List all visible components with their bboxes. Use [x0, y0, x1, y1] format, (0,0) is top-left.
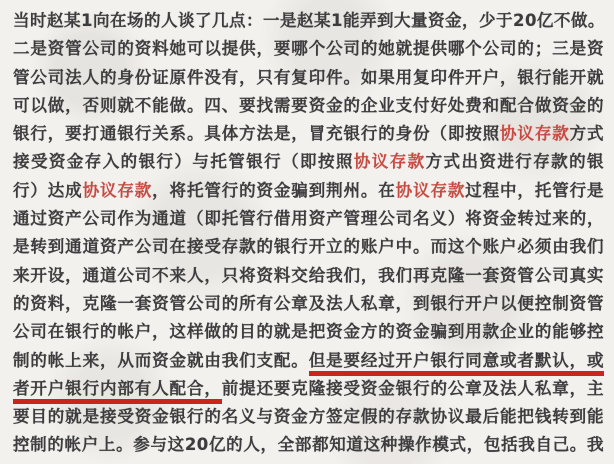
highlighted-term: 协议存款: [396, 181, 466, 200]
underlined-phrase: 但是要经过开户银行同意或者默认，或: [309, 351, 604, 376]
text-line-12: 公司在银行的帐户，这样做的目的就是把资金方的资金骗到用款企业的能够控: [13, 318, 604, 346]
text-line-11: 的资料，克隆一套资管公司的所有公章及法人私章，到银行开户以便控制资管: [13, 290, 604, 318]
text-segment: 银行，要打通银行关系。具体方法是，冒充银行的身份（即按照: [13, 124, 500, 143]
text-segment: 制的帐上来，从而资金就由我们支配。: [13, 351, 309, 370]
text-line-15: 要目的就是接受资金银行的名义与资金方签定假的存款协议最后能把钱转到能: [13, 403, 604, 431]
document-page: 当时赵某1向在场的人谈了几点：一是赵某1能弄到大量资金，少于20亿不做。二是资管…: [0, 0, 614, 464]
text-segment: ，将托管行的资金骗到荆州。在: [152, 181, 396, 200]
highlighted-term: 协议存款: [83, 181, 153, 200]
text-line-10: 来开设，通道公司不来人，只将资料交给我们，我们再克隆一套资管公司真实: [13, 262, 604, 290]
text-line-5: 银行，要打通银行关系。具体方法是，冒充银行的身份（即按照协议存款方式: [13, 120, 604, 148]
text-segment: 可以做，否则就不能做。四、要找需要资金的企业支付好处费和配合做资金的: [13, 96, 604, 115]
text-segment: 接受资金存入的银行）与托管银行（即按照: [13, 152, 354, 171]
text-line-7: 行）达成协议存款，将托管行的资金骗到荆州。在协议存款过程中，托管行是: [13, 177, 604, 205]
text-segment: 控制的帐户上。参与这20亿的人，全部都知道这种操作模式，包括我自己。我: [13, 435, 604, 454]
highlighted-term: 协议存款: [354, 152, 426, 171]
text-segment: 二是资管公司的资料她可以提供，要哪个公司的她就提供哪个公司的；三是资: [13, 39, 604, 58]
text-segment: 方式: [570, 124, 604, 143]
text-segment: 的资料，克隆一套资管公司的所有公章及法人私章，到银行开户以便控制资管: [13, 294, 604, 313]
text-segment: 公司在银行的帐户，这样做的目的就是把资金方的资金骗到用款企业的能够控: [13, 322, 604, 341]
text-line-6: 接受资金存入的银行）与托管银行（即按照协议存款方式出资进行存款的银: [13, 148, 604, 176]
text-segment: 要目的就是接受资金银行的名义与资金方签定假的存款协议最后能把钱转到能: [13, 407, 604, 426]
text-segment: 当时赵某1向在场的人谈了几点：一是赵某1能弄到大量资金，少于20亿不做。: [13, 11, 605, 30]
text-segment: 是转到通道资产公司在接受存款的银行开立的账户中。而这个账户必须由我们: [13, 237, 604, 256]
text-segment: 行）达成: [13, 181, 83, 200]
text-line-3: 管公司法人的身份证原件没有，只有复印件。如果用复印件开户，银行能开就: [13, 64, 604, 92]
highlighted-term: 协议存款: [500, 124, 570, 143]
text-line-4: 可以做，否则就不能做。四、要找需要资金的企业支付好处费和配合做资金的: [13, 92, 604, 120]
text-line-2: 二是资管公司的资料她可以提供，要哪个公司的她就提供哪个公司的；三是资: [13, 35, 604, 63]
document-text: 当时赵某1向在场的人谈了几点：一是赵某1能弄到大量资金，少于20亿不做。二是资管…: [13, 7, 604, 460]
text-line-9: 是转到通道资产公司在接受存款的银行开立的账户中。而这个账户必须由我们: [13, 233, 604, 261]
text-line-13: 制的帐上来，从而资金就由我们支配。但是要经过开户银行同意或者默认，或: [13, 347, 604, 375]
text-segment: 来开设，通道公司不来人，只将资料交给我们，我们再克隆一套资管公司真实: [13, 266, 604, 285]
text-line-14: 者开户银行内部有人配合，前提还要克隆接受资金银行的公章及法人私章，主: [13, 375, 604, 403]
text-segment: 管公司法人的身份证原件没有，只有复印件。如果用复印件开户，银行能开就: [13, 68, 604, 87]
text-line-1: 当时赵某1向在场的人谈了几点：一是赵某1能弄到大量资金，少于20亿不做。: [13, 7, 604, 35]
text-segment: 前提还要克隆接受资金银行的公章及法人私章，主: [222, 379, 604, 398]
text-line-8: 通过资产公司作为通道（即托管行借用资产管理公司名义）将资金转过来的，: [13, 205, 604, 233]
text-line-16: 控制的帐户上。参与这20亿的人，全部都知道这种操作模式，包括我自己。我: [13, 431, 604, 459]
underlined-phrase: 者开户银行内部有人配合，: [13, 379, 222, 404]
text-segment: 方式出资进行存款的银: [426, 152, 604, 171]
text-segment: 过程中，托管行是: [465, 181, 604, 200]
text-segment: 通过资产公司作为通道（即托管行借用资产管理公司名义）将资金转过来的，: [13, 209, 604, 228]
